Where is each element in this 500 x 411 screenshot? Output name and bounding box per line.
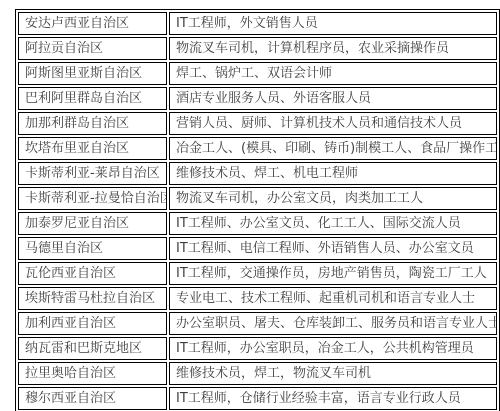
region-cell: 阿斯图里亚斯自治区 xyxy=(18,62,167,85)
region-cell: 阿拉贡自治区 xyxy=(18,37,167,60)
jobs-cell: IT工程师，办公室职员，冶金工人，公共机构管理员 xyxy=(169,337,497,360)
jobs-cell: 维修技术员、焊工、机电工程师 xyxy=(169,162,497,185)
jobs-cell: 物流叉车司机，办公室文员，肉类加工工人 xyxy=(169,187,497,210)
table-row: 阿拉贡自治区物流叉车司机，计算机程序员，农业采摘操作员 xyxy=(18,37,497,60)
jobs-cell: 物流叉车司机，计算机程序员，农业采摘操作员 xyxy=(169,37,497,60)
regions-jobs-table: 安达卢西亚自治区IT工程师，外文销售人员阿拉贡自治区物流叉车司机，计算机程序员，… xyxy=(15,9,500,411)
jobs-cell: IT工程师、电信工程师、外语销售人员、办公室文员 xyxy=(169,237,497,260)
table-row: 穆尔西亚自治区IT工程师，仓储行业经验丰富，语言专业行政人员 xyxy=(18,387,497,410)
table-row: 阿斯图里亚斯自治区焊工、锅炉工、双语会计师 xyxy=(18,62,497,85)
table-row: 瓦伦西亚自治区IT工程师，交通操作员，房地产销售员，陶瓷工厂工人 xyxy=(18,262,497,285)
table-row: 加利西亚自治区办公室职员、屠夫、仓库装卸工、服务员和语言专业人士 xyxy=(18,312,497,335)
table-row: 拉里奥哈自治区维修技术员，焊工，物流叉车司机 xyxy=(18,362,497,385)
region-cell: 拉里奥哈自治区 xyxy=(18,362,167,385)
table-row: 巴利阿里群岛自治区酒店专业服务人员、外语客服人员 xyxy=(18,87,497,110)
jobs-cell: 维修技术员，焊工，物流叉车司机 xyxy=(169,362,497,385)
jobs-cell: IT工程师，交通操作员，房地产销售员，陶瓷工厂工人 xyxy=(169,262,497,285)
table-row: 加泰罗尼亚自治区IT工程师、办公室文员、化工工人、国际交流人员 xyxy=(18,212,497,235)
jobs-cell: 营销人员、厨师、计算机技术人员和通信技术人员 xyxy=(169,112,497,135)
jobs-cell: IT工程师，仓储行业经验丰富，语言专业行政人员 xyxy=(169,387,497,410)
region-cell: 埃斯特雷马杜拉自治区 xyxy=(18,287,167,310)
region-cell: 加利西亚自治区 xyxy=(18,312,167,335)
jobs-cell: IT工程师、办公室文员、化工工人、国际交流人员 xyxy=(169,212,497,235)
jobs-cell: 办公室职员、屠夫、仓库装卸工、服务员和语言专业人士 xyxy=(169,312,497,335)
region-cell: 巴利阿里群岛自治区 xyxy=(18,87,167,110)
jobs-cell: 焊工、锅炉工、双语会计师 xyxy=(169,62,497,85)
region-cell: 卡斯蒂利亚-拉曼恰自治区 xyxy=(18,187,167,210)
table-row: 坎塔布里亚自治区冶金工人、(模具、印刷、铸币)制模工人、食品厂操作工 xyxy=(18,137,497,160)
region-cell: 穆尔西亚自治区 xyxy=(18,387,167,410)
region-cell: 瓦伦西亚自治区 xyxy=(18,262,167,285)
table-row: 加那利群岛自治区营销人员、厨师、计算机技术人员和通信技术人员 xyxy=(18,112,497,135)
table-row: 安达卢西亚自治区IT工程师，外文销售人员 xyxy=(18,12,497,35)
regions-jobs-table-container: 安达卢西亚自治区IT工程师，外文销售人员阿拉贡自治区物流叉车司机，计算机程序员，… xyxy=(15,9,500,411)
jobs-cell: 冶金工人、(模具、印刷、铸币)制模工人、食品厂操作工 xyxy=(169,137,497,160)
table-body: 安达卢西亚自治区IT工程师，外文销售人员阿拉贡自治区物流叉车司机，计算机程序员，… xyxy=(18,12,497,410)
region-cell: 马德里自治区 xyxy=(18,237,167,260)
region-cell: 纳瓦雷和巴斯克地区 xyxy=(18,337,167,360)
jobs-cell: IT工程师，外文销售人员 xyxy=(169,12,497,35)
region-cell: 安达卢西亚自治区 xyxy=(18,12,167,35)
region-cell: 加泰罗尼亚自治区 xyxy=(18,212,167,235)
region-cell: 加那利群岛自治区 xyxy=(18,112,167,135)
table-row: 卡斯蒂利亚-拉曼恰自治区物流叉车司机，办公室文员，肉类加工工人 xyxy=(18,187,497,210)
jobs-cell: 酒店专业服务人员、外语客服人员 xyxy=(169,87,497,110)
region-cell: 坎塔布里亚自治区 xyxy=(18,137,167,160)
table-row: 马德里自治区IT工程师、电信工程师、外语销售人员、办公室文员 xyxy=(18,237,497,260)
table-row: 纳瓦雷和巴斯克地区IT工程师，办公室职员，冶金工人，公共机构管理员 xyxy=(18,337,497,360)
table-row: 埃斯特雷马杜拉自治区专业电工、技术工程师、起重机司机和语言专业人士 xyxy=(18,287,497,310)
table-row: 卡斯蒂利亚-莱昂自治区维修技术员、焊工、机电工程师 xyxy=(18,162,497,185)
jobs-cell: 专业电工、技术工程师、起重机司机和语言专业人士 xyxy=(169,287,497,310)
region-cell: 卡斯蒂利亚-莱昂自治区 xyxy=(18,162,167,185)
